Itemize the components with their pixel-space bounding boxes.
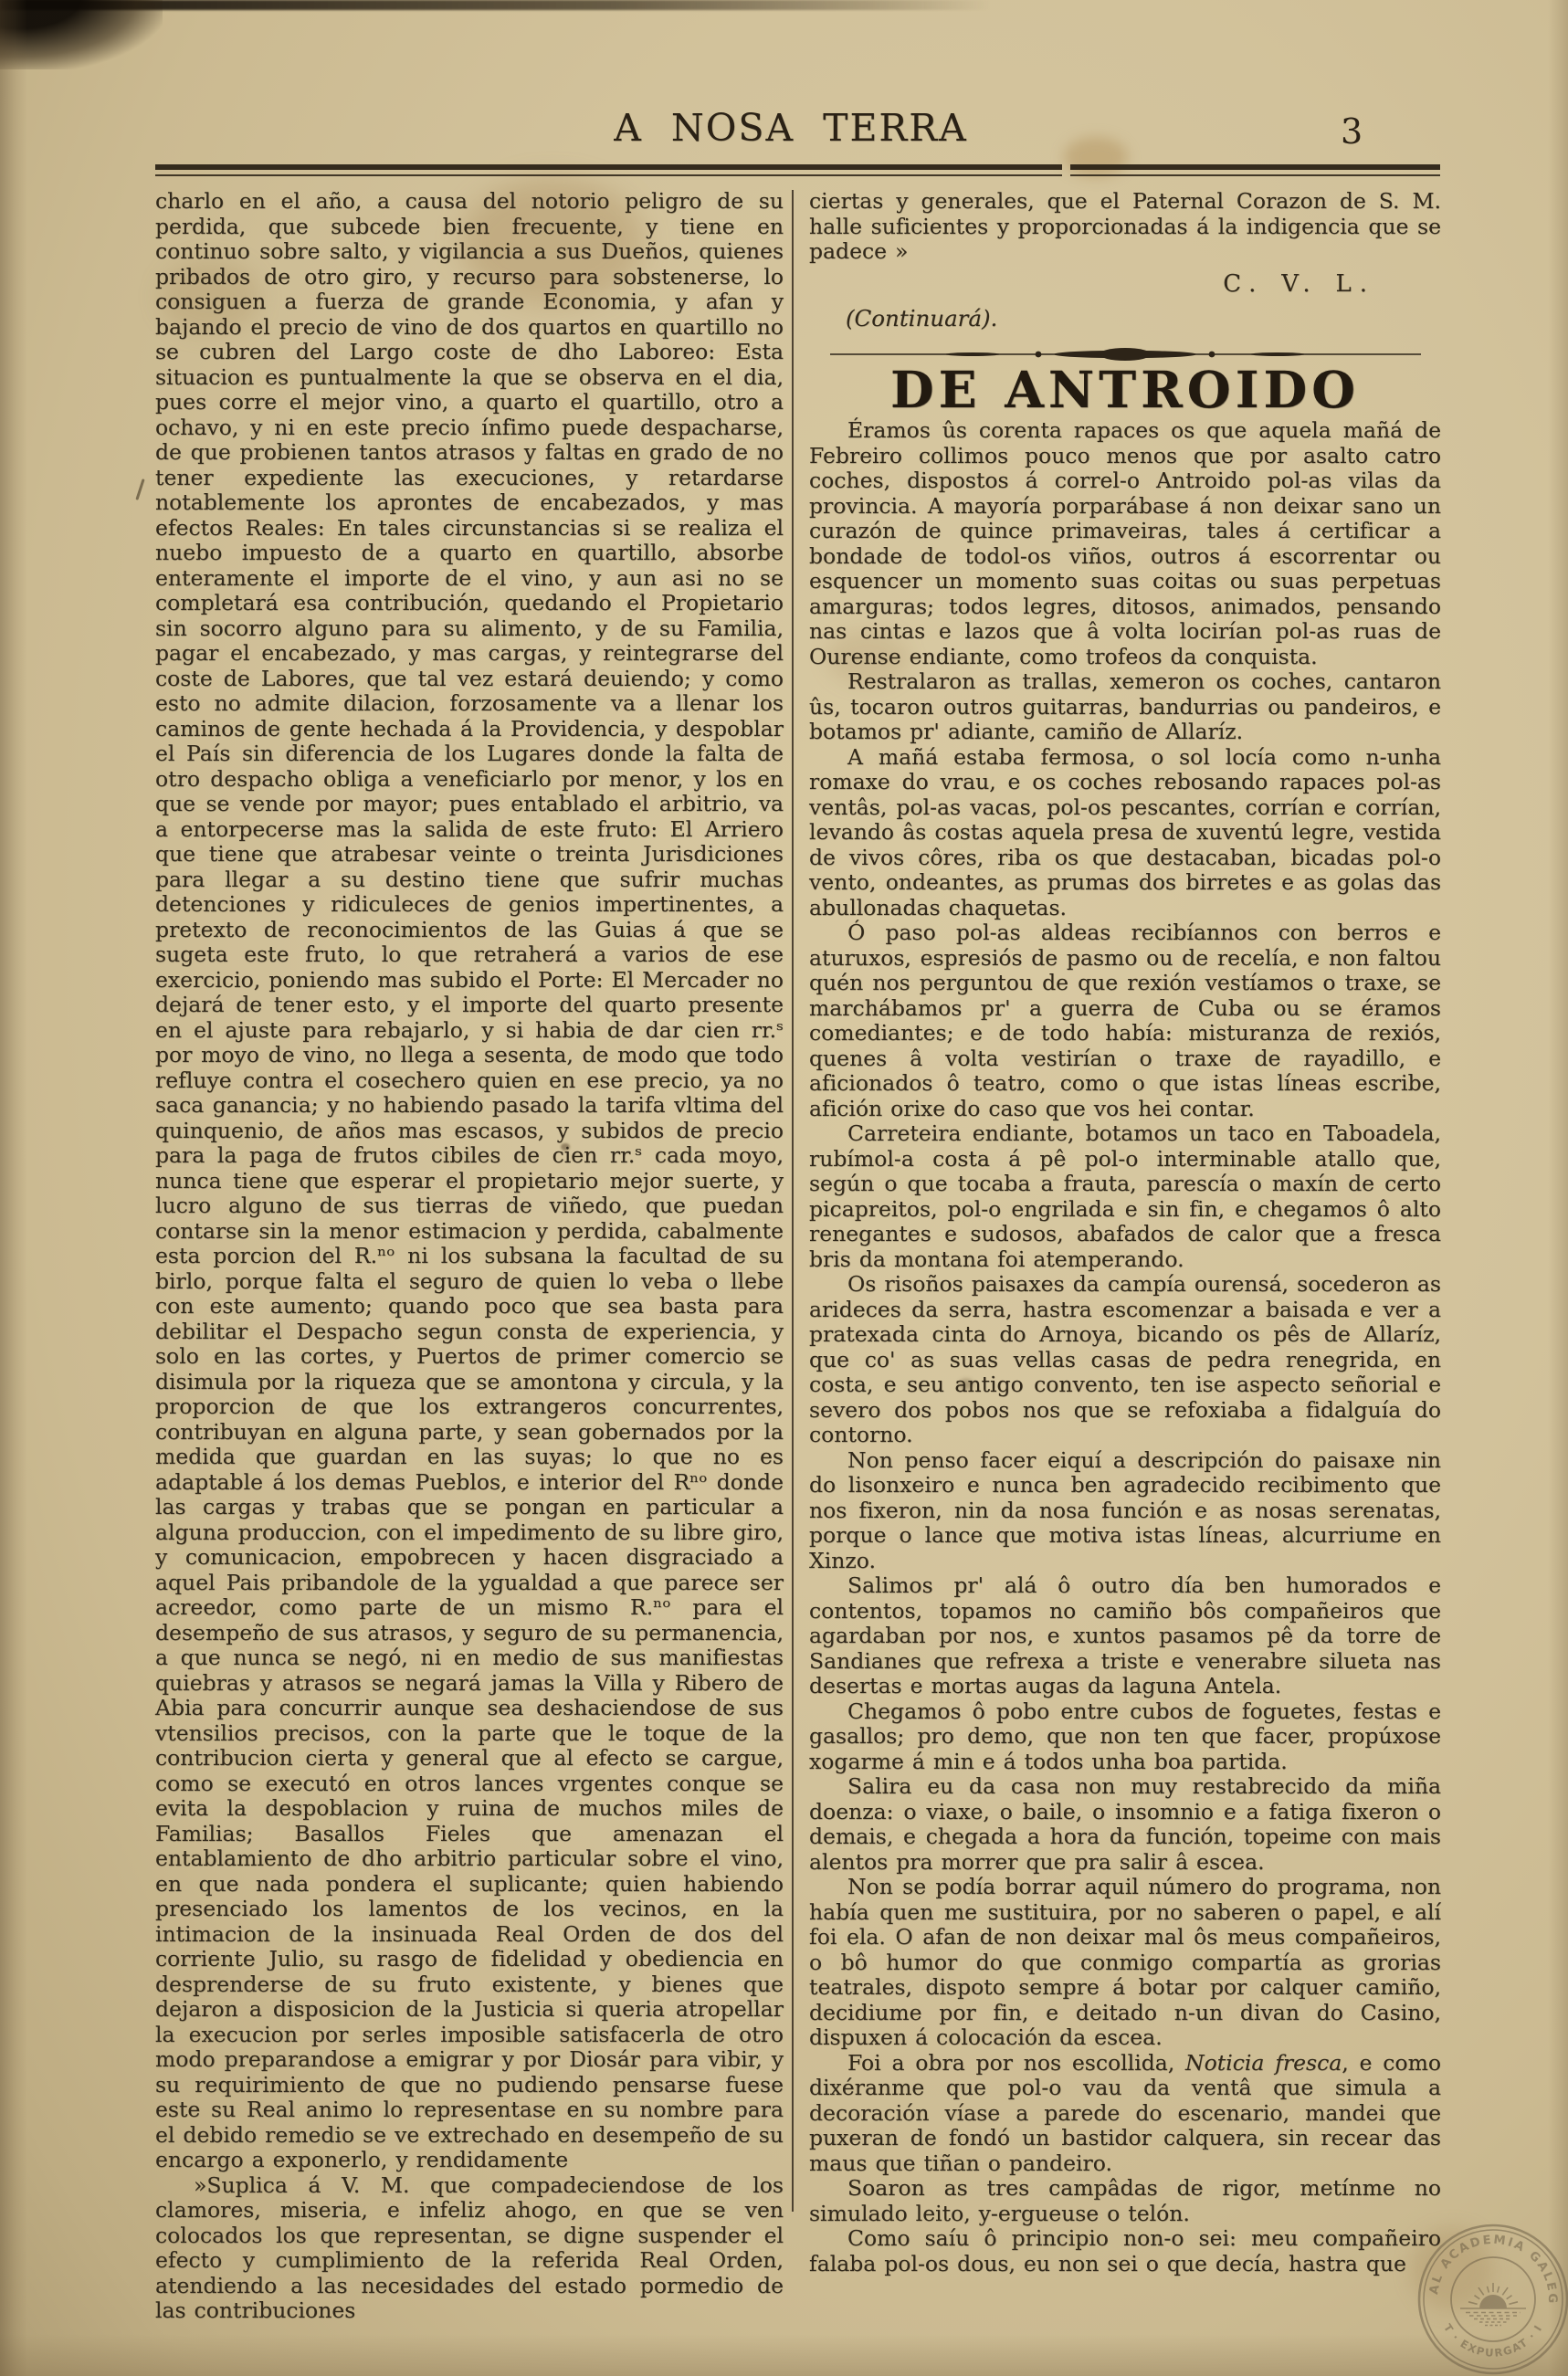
article-paragraph: Chegamos ô pobo entre cubos de foguetes,… (809, 1699, 1441, 1775)
article-paragraph: Salimos pr' alá ô outro día ben humorado… (809, 1573, 1441, 1699)
italic-play-title: Noticia fresca (1185, 2050, 1342, 2076)
article-paragraph: Os risoños paisaxes da campía ourensá, s… (809, 1272, 1441, 1448)
article-paragraph: Carreteira endiante, botamos un taco en … (809, 1121, 1441, 1272)
article-paragraph: Salira eu da casa non muy restabrecido d… (809, 1774, 1441, 1875)
stamp-top-text: REAL ACADEMIA GALEGA (1427, 2234, 1559, 2306)
continuation-note: (Continuará). (809, 306, 1441, 331)
body-paragraph: charlo en el año, a causa del notorio pe… (155, 189, 784, 2173)
paragraph-text: Foi a obra por nos escollida, (847, 2050, 1185, 2076)
article-paragraph: Como saíu ô principio non-o sei: meu com… (809, 2226, 1441, 2276)
article-paragraph: Non penso facer eiquí a descripción do p… (809, 1448, 1441, 1574)
library-stamp: REAL ACADEMIA GALEGA COLLIGIT · EXPURGAT… (1415, 2221, 1568, 2376)
article-paragraph: Soaron as tres campâdas de rigor, metínm… (809, 2176, 1441, 2226)
continuation-paragraph: ciertas y generales, que el Paternal Cor… (809, 189, 1441, 265)
header-rule-left (155, 164, 1062, 176)
article-paragraph: A mañá estaba fermosa, o sol locía como … (809, 745, 1441, 921)
left-column: charlo en el año, a causa del notorio pe… (155, 189, 784, 2324)
article-paragraph: Restralaron as trallas, xemeron os coche… (809, 669, 1441, 745)
page-number: 3 (1341, 111, 1363, 152)
column-divider-rule (792, 190, 794, 2212)
handwritten-margin-mark (135, 478, 144, 500)
article-title: DE ANTROIDO (809, 377, 1441, 403)
rising-sun-emblem (1460, 2283, 1526, 2326)
page-edge-bottom (0, 2334, 1568, 2376)
masthead-title: A NOSA TERRA (155, 106, 1426, 150)
page-edge-right (1548, 0, 1568, 2376)
header-rule-right (1070, 164, 1440, 176)
signature-initials: C. V. L. (809, 272, 1441, 298)
suplica-paragraph: »Suplica á V. M. que compadeciendose de … (155, 2173, 784, 2324)
right-column: ciertas y generales, que el Paternal Cor… (809, 189, 1441, 2276)
newspaper-page-scan: A NOSA TERRA 3 charlo en el año, a causa… (0, 0, 1568, 2376)
page-edge-left (0, 0, 27, 2376)
article-paragraph: Éramos ûs corenta rapaces os que aquela … (809, 418, 1441, 669)
article-paragraph: Foi a obra por nos escollida, Noticia fr… (809, 2051, 1441, 2177)
article-paragraph: Non se podía borrar aquil número do prog… (809, 1875, 1441, 2051)
article-paragraph: Ó paso pol-as aldeas recibíannos con ber… (809, 920, 1441, 1121)
